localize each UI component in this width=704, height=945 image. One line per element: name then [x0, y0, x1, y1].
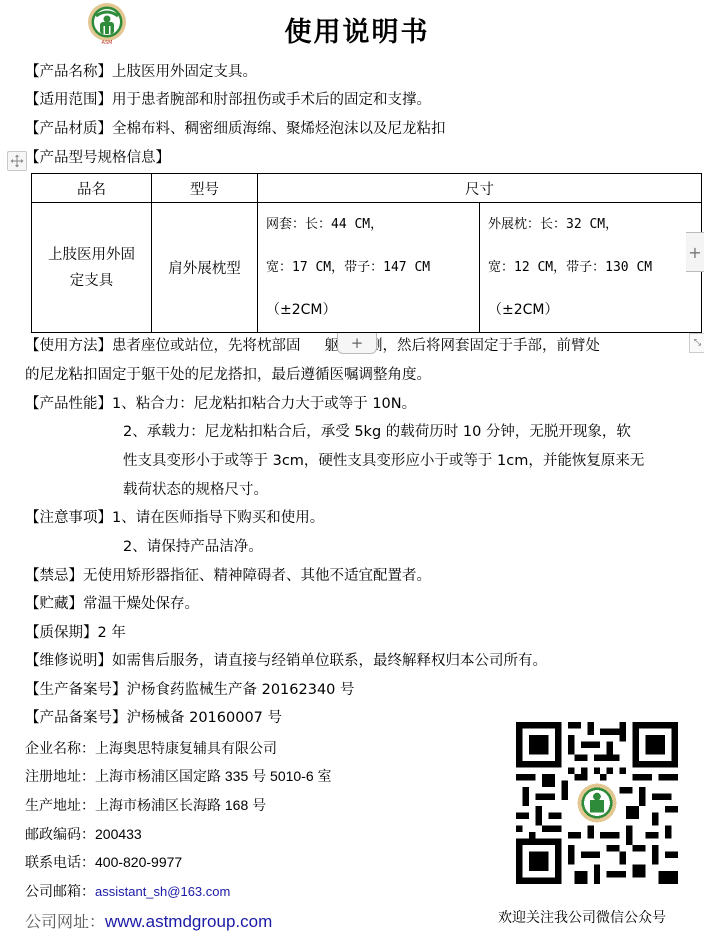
table-header-cell: 品名 — [32, 174, 152, 203]
performance-line-1: 【产品性能】1、粘合力：尼龙粘扣粘合力大于或等于 10N。 — [25, 394, 416, 414]
performance-line-4: 载荷状态的规格尺寸。 — [123, 480, 268, 500]
section-tag: 【产品备案号】 — [25, 710, 127, 726]
section-tag: 【注意事项】 — [25, 510, 112, 526]
size-cell-net: 网套：长：44 CM， 宽：17 CM，带子：147 CM （±2CM） — [258, 203, 480, 333]
size-cell-pillow: 外展枕：长：32 CM， 宽：12 CM，带子：130 CM （±2CM） — [480, 203, 702, 333]
cell-text: 宽：17 CM，带子：147 CM — [266, 246, 479, 289]
add-column-button[interactable]: + — [686, 232, 704, 272]
table-header-cell: 型号 — [152, 174, 258, 203]
notes-line-2: 2、请保持产品洁净。 — [123, 537, 263, 557]
section-tag: 【禁忌】 — [25, 568, 83, 584]
table-header-cell: 尺寸 — [258, 174, 702, 203]
field-label: 公司邮箱： — [25, 884, 95, 900]
repair-line: 【维修说明】如需售后服务，请直接与经销单位联系，最终解释权归本公司所有。 — [25, 651, 547, 671]
section-tag: 【使用方法】 — [25, 338, 112, 354]
product-name-cell: 上肢医用外固 定支具 — [32, 203, 152, 333]
section-text: 用于患者腕部和肘部扭伤或手术后的固定和支撑。 — [112, 92, 431, 108]
notes-line-1: 【注意事项】1、请在医师指导下购买和使用。 — [25, 508, 324, 528]
usage-line-2: 的尼龙粘扣固定于躯干处的尼龙搭扣，最后遵循医嘱调整角度。 — [25, 365, 431, 385]
model-cell: 肩外展枕型 — [152, 203, 258, 333]
section-tag: 【生产备案号】 — [25, 682, 127, 698]
field-label: 公司网址： — [25, 912, 105, 931]
section-text: 常温干燥处保存。 — [83, 596, 199, 612]
prod-address: 上海市杨浦区长海路 168 号 — [95, 797, 266, 813]
performance-line-3: 性支具变形小于或等于 3cm，硬性支具变形应小于或等于 1cm，并能恢复原来无 — [123, 451, 644, 471]
email-line: 公司邮箱：assistant_sh@163.com — [25, 881, 230, 901]
section-text: 如需售后服务，请直接与经销单位联系，最终解释权归本公司所有。 — [112, 653, 547, 669]
table-row: 上肢医用外固 定支具 肩外展枕型 网套：长：44 CM， 宽：17 CM，带子：… — [32, 203, 702, 333]
phone-line: 联系电话：400-820-9977 — [25, 852, 182, 872]
scope-line: 【适用范围】用于患者腕部和肘部扭伤或手术后的固定和支撑。 — [25, 90, 431, 110]
cell-text: （±2CM） — [488, 289, 701, 332]
postcode-line: 邮政编码：200433 — [25, 824, 142, 844]
spec-info-line: 【产品型号规格信息】 — [25, 148, 170, 168]
company-name-line: 企业名称：上海奥思特康复辅具有限公司 — [25, 738, 277, 758]
website-line: 公司网址：www.astmdgroup.com — [25, 909, 272, 932]
postcode: 200433 — [95, 826, 142, 842]
cell-text: 上肢医用外固 — [32, 242, 151, 268]
reg-address: 上海市杨浦区国定路 335 号 5010-6 室 — [95, 768, 332, 784]
website-link[interactable]: www.astmdgroup.com — [105, 912, 272, 931]
email-link[interactable]: assistant_sh@163.com — [95, 884, 230, 899]
page-title: 使用说明书 — [0, 10, 704, 49]
qr-caption: 欢迎关注我公司微信公众号 — [498, 907, 666, 927]
production-record-line: 【生产备案号】沪杨食药监械生产备 20162340 号 — [25, 680, 355, 700]
field-label: 联系电话： — [25, 855, 95, 871]
field-label: 企业名称： — [25, 741, 95, 757]
cell-text: 定支具 — [32, 268, 151, 294]
storage-line: 【贮藏】常温干燥处保存。 — [25, 594, 199, 614]
section-tag: 【贮藏】 — [25, 596, 83, 612]
wechat-qr-code-icon — [516, 722, 678, 884]
cell-text: 网套：长：44 CM， — [266, 203, 479, 246]
section-text: 患者座位或站位，先将枕部固 — [112, 338, 301, 354]
section-text: 1、请在医师指导下购买和使用。 — [112, 510, 324, 526]
section-tag: 【适用范围】 — [25, 92, 112, 108]
company-name: 上海奥思特康复辅具有限公司 — [95, 740, 277, 756]
section-text: 1、粘合力：尼龙粘扣粘合力大于或等于 10N。 — [112, 396, 416, 412]
section-text: 2 年 — [98, 625, 126, 641]
performance-line-2: 2、承载力：尼龙粘扣粘合后，承受 5kg 的载荷历时 10 分钟，无脱开现象，软 — [123, 422, 631, 442]
add-row-button[interactable]: + — [337, 333, 377, 354]
product-record-line: 【产品备案号】沪杨械备 20160007 号 — [25, 708, 282, 728]
section-text: 沪杨食药监械生产备 20162340 号 — [127, 682, 355, 698]
section-tag: 【质保期】 — [25, 625, 98, 641]
reg-address-line: 注册地址：上海市杨浦区国定路 335 号 5010-6 室 — [25, 766, 332, 786]
table-move-handle[interactable] — [7, 151, 27, 171]
cell-text: 宽：12 CM，带子：130 CM — [488, 246, 701, 289]
section-text: 上肢医用外固定支具。 — [112, 64, 257, 80]
field-label: 邮政编码： — [25, 827, 95, 843]
usage-line-1: 【使用方法】患者座位或站位，先将枕部固躯干一侧，然后将网套固定于手部，前臂处 — [25, 336, 600, 356]
resize-diagonal-icon[interactable]: ⤡ — [689, 333, 704, 353]
field-label: 注册地址： — [25, 769, 95, 785]
phone: 400-820-9977 — [95, 854, 182, 870]
section-text: 无使用矫形器指征、精神障碍者、其他不适宜配置者。 — [83, 568, 431, 584]
contraindications-line: 【禁忌】无使用矫形器指征、精神障碍者、其他不适宜配置者。 — [25, 566, 431, 586]
table-header-row: 品名 型号 尺寸 — [32, 174, 702, 203]
section-tag: 【产品性能】 — [25, 396, 112, 412]
move-arrows-icon — [10, 154, 24, 168]
prod-address-line: 生产地址：上海市杨浦区长海路 168 号 — [25, 795, 266, 815]
material-line: 【产品材质】全棉布料、稠密细质海绵、聚烯烃泡沫以及尼龙粘扣 — [25, 119, 446, 139]
product-name-line: 【产品名称】上肢医用外固定支具。 — [25, 62, 257, 82]
warranty-line: 【质保期】2 年 — [25, 623, 126, 643]
section-tag: 【产品名称】 — [25, 64, 112, 80]
spec-table: 品名 型号 尺寸 上肢医用外固 定支具 肩外展枕型 网套：长：44 CM， 宽：… — [31, 173, 702, 333]
cell-text: 外展枕：长：32 CM， — [488, 203, 701, 246]
section-text: 全棉布料、稠密细质海绵、聚烯烃泡沫以及尼龙粘扣 — [112, 121, 446, 137]
section-tag: 【产品型号规格信息】 — [25, 150, 170, 166]
cell-text: （±2CM） — [266, 289, 479, 332]
field-label: 生产地址： — [25, 798, 95, 814]
section-tag: 【维修说明】 — [25, 653, 112, 669]
section-tag: 【产品材质】 — [25, 121, 112, 137]
section-text: 沪杨械备 20160007 号 — [127, 710, 283, 726]
